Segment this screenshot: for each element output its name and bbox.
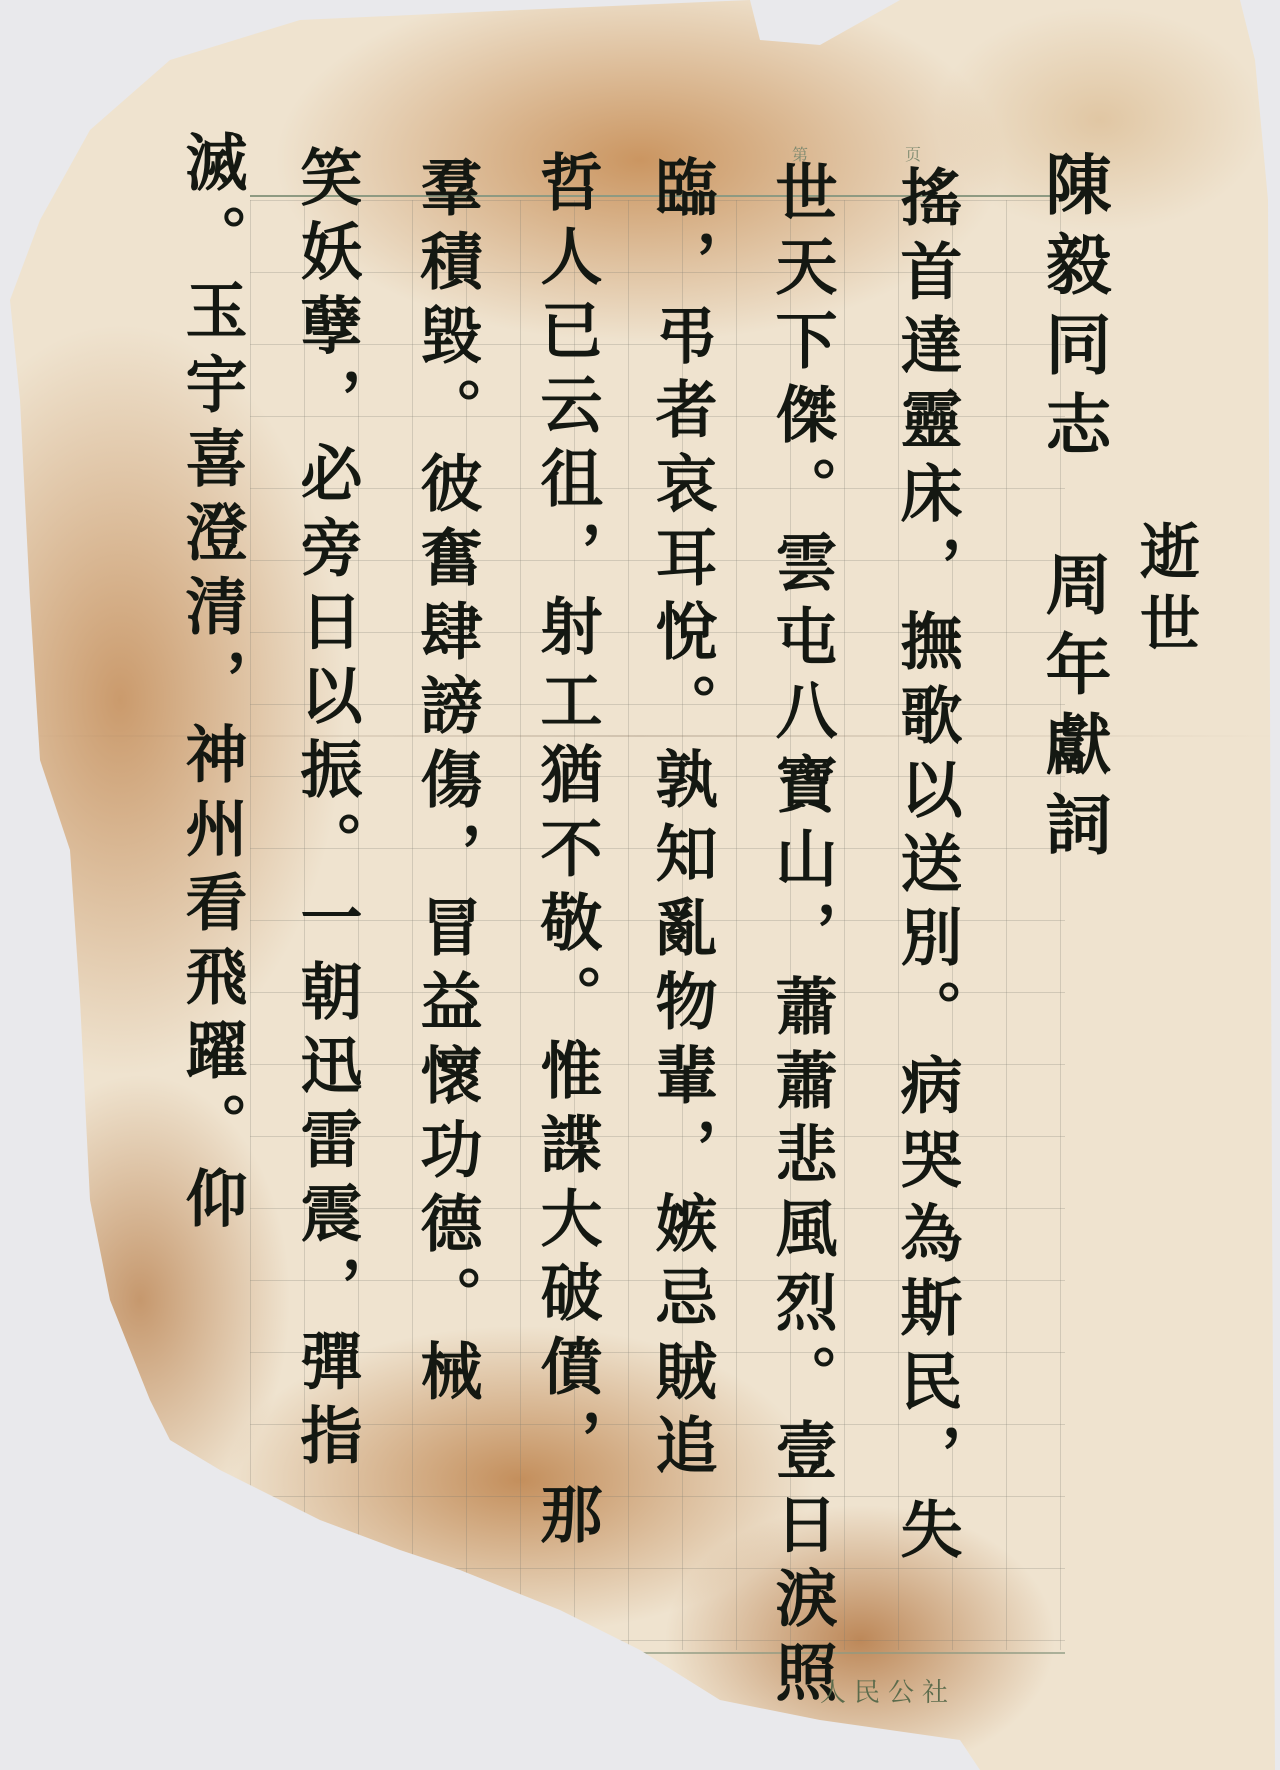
text-column-2: 搖首達靈床，撫歌以送別。病哭為斯民，失 [895, 165, 957, 1571]
text-column-3: 世天下傑。雲屯八寶山，蕭蕭悲風烈。壹日淚照 [770, 160, 832, 1714]
text-column-8: 滅。玉宇喜澄清，神州看飛躍。仰 [180, 130, 242, 1240]
manuscript-paper: 第 页 陳毅同志 周年獻詞 逝世 搖首達靈床，撫歌以送別。病哭為斯民，失 世天下… [0, 0, 1280, 1770]
title-column: 陳毅同志 周年獻詞 [1040, 150, 1106, 870]
text-column-6: 羣積毀。彼奮肆謗傷，冒益懷功德。械 [415, 155, 477, 1413]
text-column-7: 笑妖孽，必旁日以振。一朝迅雷震，彈指 [295, 145, 357, 1477]
page-label-ye: 页 [905, 142, 921, 165]
footer-printed-note: 人民公社 [820, 1672, 956, 1709]
footer-rule [640, 1652, 1065, 1654]
text-column-4: 臨，弔者哀耳悅。孰知亂物輩，嫉忌賊追 [650, 155, 712, 1487]
title-insert-text: 逝世 [1135, 520, 1195, 664]
text-column-5: 哲人已云徂，射工猶不敬。惟諜大破僨，那 [535, 150, 597, 1556]
